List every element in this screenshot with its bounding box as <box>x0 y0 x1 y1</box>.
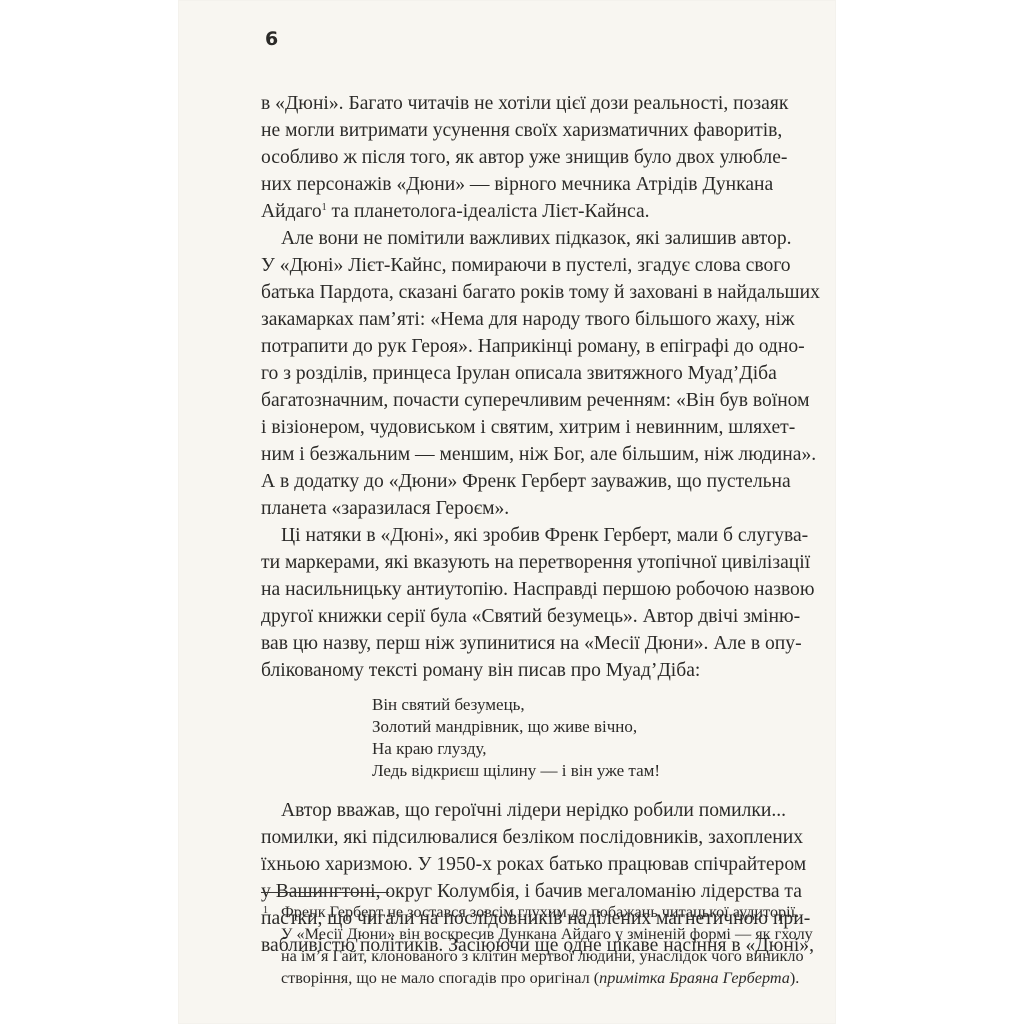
text-line: потрапити до рук Героя». Наприкінці рома… <box>261 333 772 360</box>
poem-line: Ледь відкриєш щілину — і він уже там! <box>372 760 660 782</box>
text-line: планета «заразилася Героєм». <box>261 495 772 522</box>
text-line: блікованому тексті роману він писав про … <box>261 657 772 684</box>
text-line: вав цю назву, перш ніж зупинитися на «Ме… <box>261 630 772 657</box>
text-line: Айдаго1 та планетолога-ідеаліста Лієт-Ка… <box>261 198 772 225</box>
paragraph-start: Але вони не помітили важливих підказок, … <box>281 225 772 252</box>
text-line: на насильницьку антиутопію. Насправді пе… <box>261 576 772 603</box>
paragraph-start: Ці натяки в «Дюні», які зробив Френк Гер… <box>281 522 772 549</box>
text-line: помилки, які підсилювалися безліком посл… <box>261 824 772 851</box>
footnote-number: 1 <box>263 905 268 916</box>
text-line: не могли витримати усунення своїх харизм… <box>261 117 772 144</box>
poem-line: На краю глузду, <box>372 738 487 760</box>
footnote-divider <box>261 892 389 893</box>
text-line: А в додатку до «Дюни» Френк Герберт заув… <box>261 468 772 495</box>
text-line: батька Пардота, сказані багато років том… <box>261 279 772 306</box>
text-fragment: Айдаго <box>261 201 322 222</box>
text-line: особливо ж після того, як автор уже знищ… <box>261 144 772 171</box>
page-number: 6 <box>265 28 278 50</box>
footnote-line: У «Месії Дюни» він воскресив Дункана Айд… <box>281 923 772 945</box>
text-line: закамарках пам’яті: «Нема для народу тво… <box>261 306 772 333</box>
text-line: і візіонером, чудовиськом і святим, хитр… <box>261 414 772 441</box>
text-line: ти маркерами, які вказують на перетворен… <box>261 549 772 576</box>
text-line: го з розділів, принцеса Ірулан описала з… <box>261 360 772 387</box>
text-fragment: ). <box>790 969 799 987</box>
footnote-line: Френк Герберт не зостався зовсім глухим … <box>281 901 772 923</box>
text-line: багатозначним, почасти суперечливим рече… <box>261 387 772 414</box>
footnote-line: створіння, що не мало спогадів про оригі… <box>281 967 772 989</box>
text-line: другої книжки серії була «Святий безумец… <box>261 603 772 630</box>
text-line: У «Дюні» Лієт-Кайнс, помираючи в пустелі… <box>261 252 772 279</box>
footnote-line: на ім’я Гайт, клонованого з клітин мертв… <box>281 945 772 967</box>
text-fragment: та планетолога-ідеаліста Лієт-Кайнса. <box>327 201 650 222</box>
italic-attribution: примітка Браяна Герберта <box>599 969 790 987</box>
text-line: них персонажів «Дюни» — вірного мечника … <box>261 171 772 198</box>
poem-line: Він святий безумець, <box>372 694 525 716</box>
text-line: в «Дюні». Багато читачів не хотіли цієї … <box>261 90 772 117</box>
text-line: їхньою харизмою. У 1950-х роках батько п… <box>261 851 772 878</box>
text-fragment: створіння, що не мало спогадів про оригі… <box>281 969 599 987</box>
text-line: ним і безжальним — меншим, ніж Бог, але … <box>261 441 772 468</box>
poem-line: Золотий мандрівник, що живе вічно, <box>372 716 637 738</box>
paragraph-start: Автор вважав, що героїчні лідери нерідко… <box>281 797 772 824</box>
